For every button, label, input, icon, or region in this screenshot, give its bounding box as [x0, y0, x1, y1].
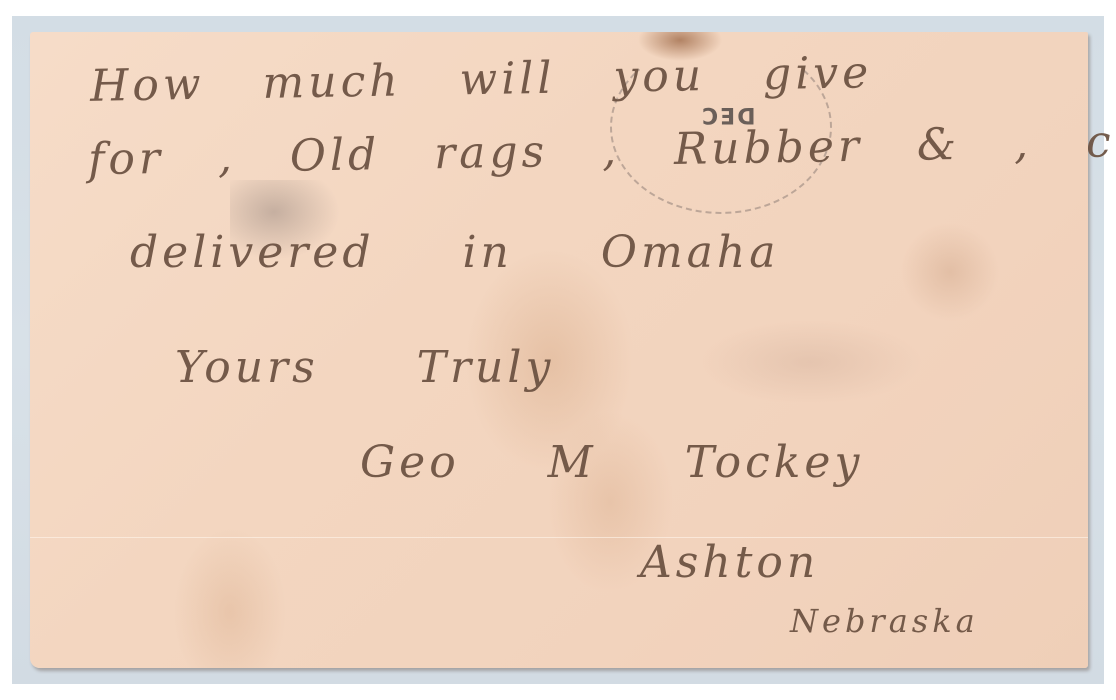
message-line-3: delivered in Omaha [130, 227, 779, 278]
message-line-2: for , Old rags , Rubber & , copper [88, 114, 1116, 186]
card-crease [30, 537, 1088, 538]
town: Ashton [640, 537, 819, 588]
state: Nebraska [790, 602, 979, 640]
closing: Yours Truly [175, 342, 554, 393]
signature: Geo M Tockey [360, 437, 863, 488]
postcard: DEC How much will you give for , Old rag… [30, 32, 1088, 668]
